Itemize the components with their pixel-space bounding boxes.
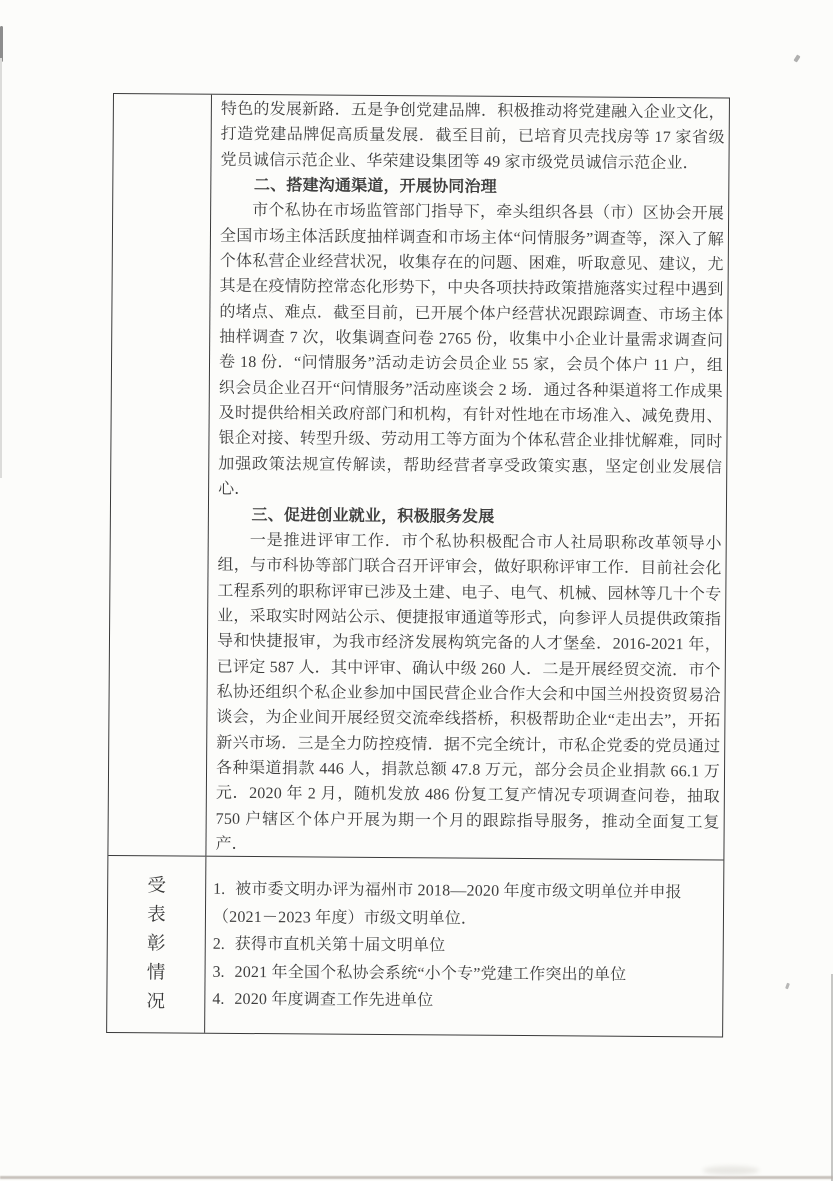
awards-label-cell: 受 表 彰 情 况 [107,856,206,1033]
award-item: 2.获得市直机关第十届文明单位 [213,931,717,962]
award-item: 1.被市委文明办评为福州市 2018—2020 年度市级文明单位并申报 （202… [213,876,717,935]
report-table: 特色的发展新路．五是争创党建品牌．积极推动将党建融入企业文化，打造党建品牌促高质… [106,93,730,1037]
scan-edge-line-bottom [0,1176,833,1179]
scan-speck [793,54,800,62]
table-row-awards: 受 表 彰 情 况 1.被市委文明办评为福州市 2018—2020 年度市级文明… [107,856,723,1037]
paragraph-section-3: 一是推进评审工作．市个私协积极配合市人社局职称改革领导小组，与市科协等部门联合召… [215,528,721,860]
scanned-page: 特色的发展新路．五是争创党建品牌．积极推动将党建融入企业文化，打造党建品牌促高质… [0,0,833,1181]
scan-edge-line-left [0,58,2,478]
scan-speck [785,983,790,990]
award-number: 3. [212,964,224,981]
award-text: 2021 年全国个私协会系统“小个专”党建工作突出的单位 [234,964,626,984]
row-label-cell-empty [108,94,212,856]
award-item: 4.2020 年度调查工作先进单位 [212,986,716,1017]
table-row-work: 特色的发展新路．五是争创党建品牌．积极推动将党建融入企业文化，打造党建品牌促高质… [108,94,729,860]
award-item: 3.2021 年全国个私协会系统“小个专”党建工作突出的单位 [212,959,716,990]
award-number: 4. [212,991,224,1008]
award-text: 被市委文明办评为福州市 2018—2020 年度市级文明单位并申报 （2021－… [213,881,682,927]
award-text: 2020 年度调查工作先进单位 [234,991,433,1009]
scan-smudge [703,1166,759,1175]
scan-edge-mark [0,26,3,62]
work-report-cell: 特色的发展新路．五是争创党建品牌．积极推动将党建融入企业文化，打造党建品牌促高质… [206,95,729,860]
awards-list: 1.被市委文明办评为福州市 2018—2020 年度市级文明单位并申报 （202… [205,857,723,1037]
section-heading-2: 二、搭建沟通渠道，开展协同治理 [220,173,724,202]
award-number: 1. [213,881,225,898]
award-text: 获得市直机关第十届文明单位 [235,936,446,955]
awards-label: 受 表 彰 情 况 [146,872,166,1017]
section-heading-3: 三、促进创业就业，积极服务发展 [218,502,722,531]
award-number: 2. [213,936,225,953]
paragraph-continuation: 特色的发展新路．五是争创党建品牌．积极推动将党建融入企业文化，打造党建品牌促高质… [220,97,725,177]
paragraph-section-2: 市个私协在市场监管部门指导下，牵头组织各县（市）区协会开展全国市场主体活跃度抽样… [218,198,724,506]
